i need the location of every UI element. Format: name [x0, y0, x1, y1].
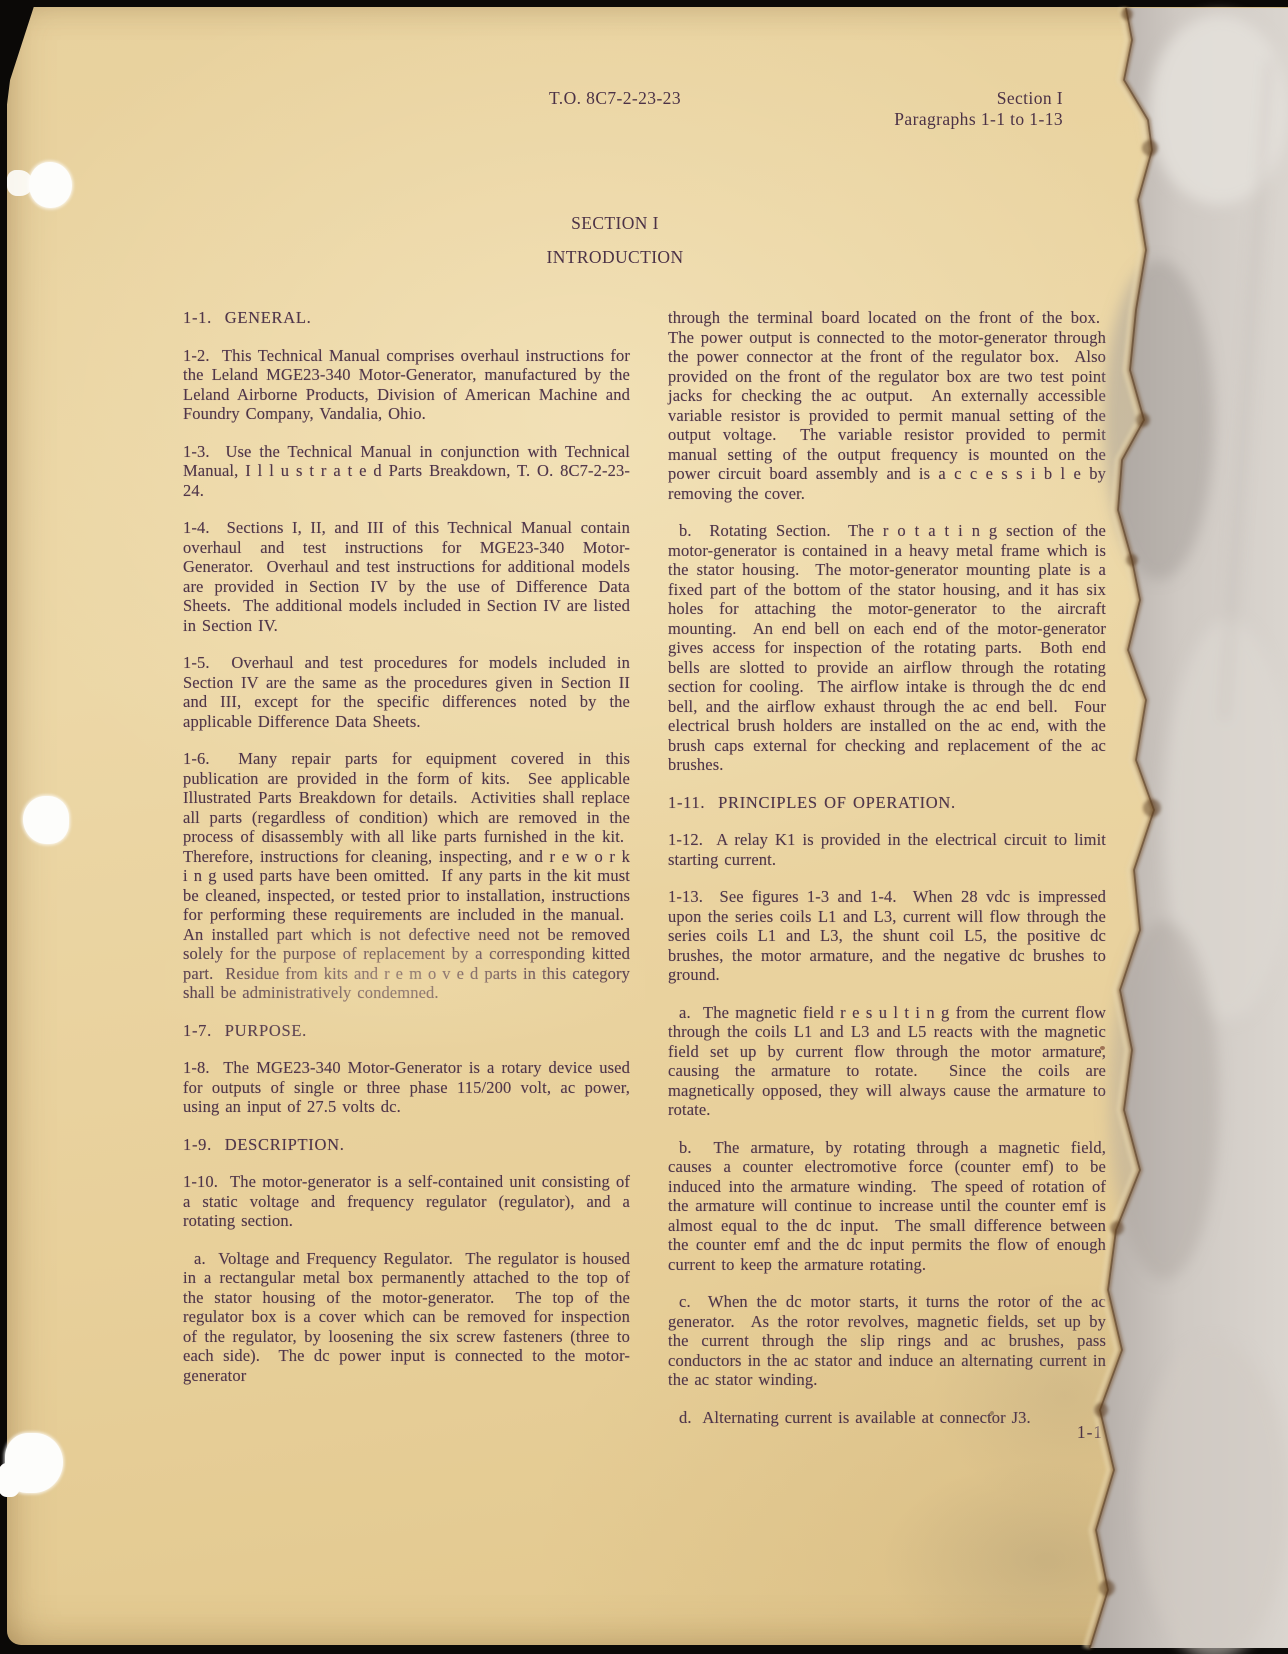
- paragraph-heading: 1-1. GENERAL.: [183, 308, 630, 328]
- paragraph: 1-6. Many repair parts for equipment cov…: [183, 749, 630, 1003]
- paragraph: through the terminal board located on th…: [668, 308, 1106, 503]
- paragraph: 1-2. This Technical Manual comprises ove…: [183, 346, 630, 424]
- paragraph-heading: 1-7. PURPOSE.: [183, 1021, 630, 1041]
- paragraph: a. Voltage and Frequency Regulator. The …: [183, 1249, 630, 1386]
- paragraph-heading: 1-9. DESCRIPTION.: [183, 1135, 630, 1155]
- paragraph-heading: 1-11. PRINCIPLES OF OPERATION.: [668, 793, 1106, 813]
- scanned-manual-page: T.O. 8C7-2-23-23 Section I Paragraphs 1-…: [0, 0, 1288, 1654]
- paragraph: 1-4. Sections I, II, and III of this Tec…: [183, 518, 630, 635]
- paragraph: a. The magnetic field r e s u l t i n g …: [668, 1003, 1106, 1120]
- paragraph: 1-5. Overhaul and test procedures for mo…: [183, 653, 630, 731]
- ink-speck: [990, 1411, 994, 1415]
- paragraph: 1-3. Use the Technical Manual in conjunc…: [183, 442, 630, 501]
- section-subtitle: INTRODUCTION: [170, 247, 1060, 268]
- right-text-column: through the terminal board located on th…: [668, 308, 1106, 1445]
- paragraph: c. When the dc motor starts, it turns th…: [668, 1292, 1106, 1390]
- paragraph: b. Rotating Section. The r o t a t i n g…: [668, 521, 1106, 775]
- paragraph: 1-10. The motor-generator is a self-cont…: [183, 1172, 630, 1231]
- paragraph: b. The armature, by rotating through a m…: [668, 1138, 1106, 1275]
- paragraph: d. Alternating current is available at c…: [668, 1408, 1106, 1428]
- paragraph: 1-12. A relay K1 is provided in the elec…: [668, 830, 1106, 869]
- paragraph: 1-13. See figures 1-3 and 1-4. When 28 v…: [668, 887, 1106, 985]
- punch-hole-top: [29, 162, 72, 208]
- torn-edge: [1064, 0, 1288, 1654]
- section-title: SECTION I: [170, 213, 1060, 234]
- paragraph: 1-8. The MGE23-340 Motor-Generator is a …: [183, 1058, 630, 1117]
- header-paragraph-range: Paragraphs 1-1 to 1-13: [700, 109, 1063, 130]
- left-text-column: 1-1. GENERAL.1-2. This Technical Manual …: [183, 308, 630, 1403]
- punch-hole-middle: [23, 796, 69, 844]
- header-section-ref: Section I: [700, 88, 1063, 109]
